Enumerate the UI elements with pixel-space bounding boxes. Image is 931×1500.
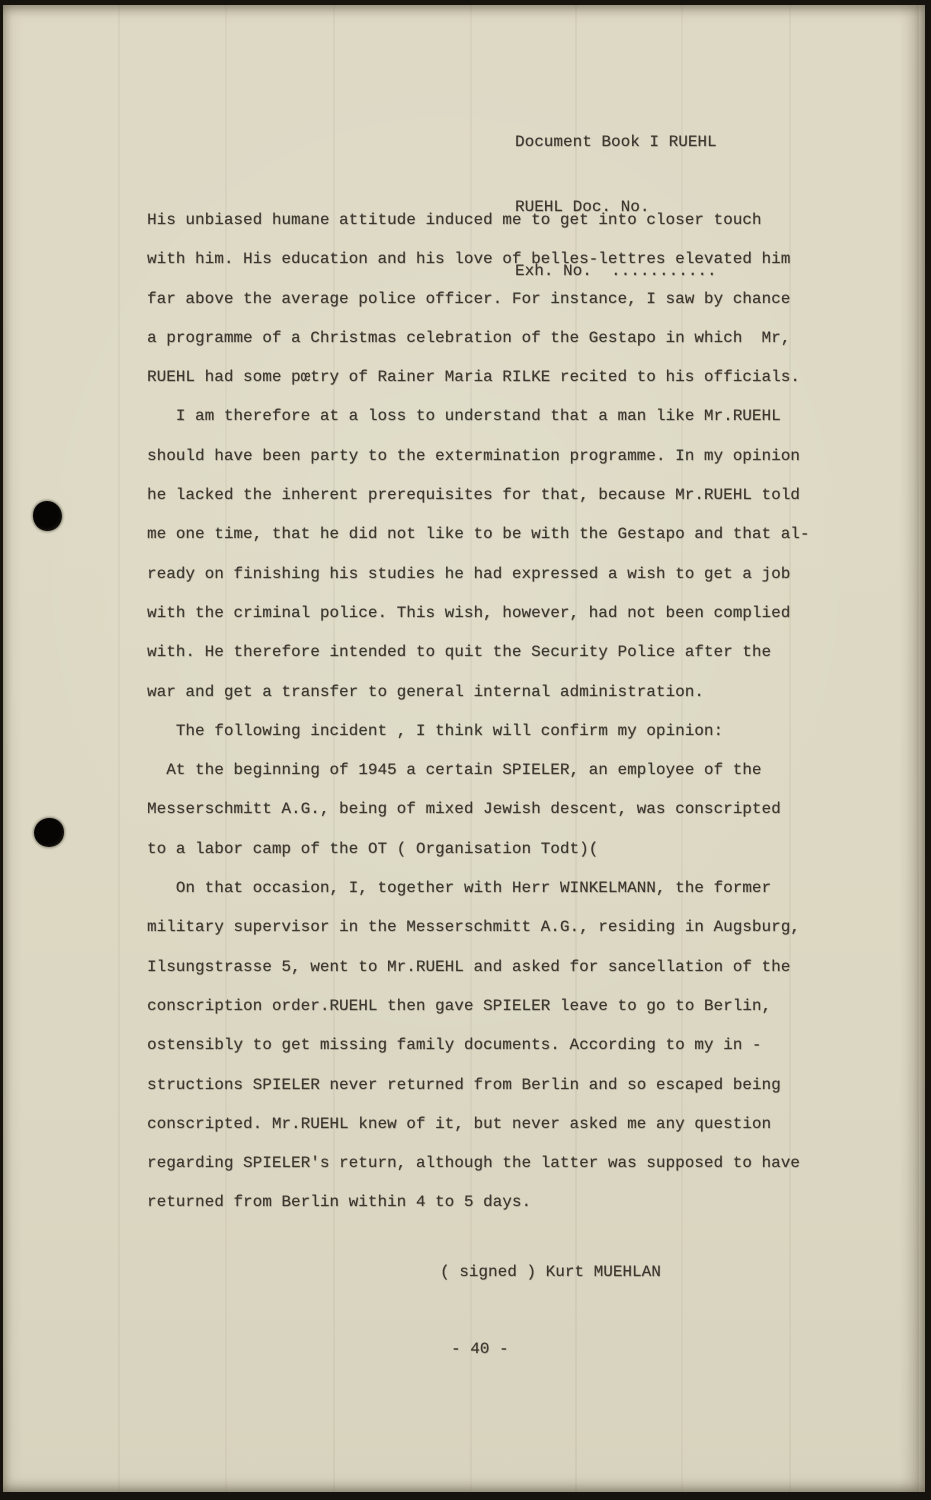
typewritten-line: military supervisor in the Messerschmitt… xyxy=(147,908,810,947)
typewritten-line: to a labor camp of the OT ( Organisation… xyxy=(147,830,810,869)
paper-fold-line xyxy=(118,5,120,1492)
typewritten-line: returned from Berlin within 4 to 5 days. xyxy=(147,1183,810,1222)
typewritten-line: a programme of a Christmas celebration o… xyxy=(147,319,810,358)
scanned-document: { "document": { "header": { "book_title"… xyxy=(0,0,931,1500)
typewritten-line: me one time, that he did not like to be … xyxy=(147,515,810,554)
punch-hole-bottom xyxy=(34,818,64,847)
typewritten-line: structions SPIELER never returned from B… xyxy=(147,1066,810,1105)
typewritten-line: On that occasion, I, together with Herr … xyxy=(147,869,810,908)
typewritten-line: ostensibly to get missing family documen… xyxy=(147,1026,810,1065)
paper-sheet: Document Book I RUEHL RUEHL Doc. No. Exh… xyxy=(3,5,925,1492)
typewritten-line: regarding SPIELER's return, although the… xyxy=(147,1144,810,1183)
typewritten-line: with the criminal police. This wish, how… xyxy=(147,594,810,633)
typewritten-line: RUEHL had some pœtry of Rainer Maria RIL… xyxy=(147,358,810,397)
signature-line: ( signed ) Kurt MUEHLAN xyxy=(440,1263,661,1281)
typewritten-line: I am therefore at a loss to understand t… xyxy=(147,397,810,436)
affidavit-body-text: His unbiased humane attitude induced me … xyxy=(147,201,810,1223)
page-number: - 40 - xyxy=(451,1340,509,1358)
typewritten-line: Ilsungstrasse 5, went to Mr.RUEHL and as… xyxy=(147,948,810,987)
typewritten-line: with. He therefore intended to quit the … xyxy=(147,633,810,672)
typewritten-line: At the beginning of 1945 a certain SPIEL… xyxy=(147,751,810,790)
typewritten-line: Messerschmitt A.G., being of mixed Jewis… xyxy=(147,790,810,829)
typewritten-line: should have been party to the exterminat… xyxy=(147,437,810,476)
paper-edge-shading xyxy=(899,5,919,1492)
punch-hole-top xyxy=(33,501,62,531)
typewritten-line: conscripted. Mr.RUEHL knew of it, but ne… xyxy=(147,1105,810,1144)
typewritten-line: ready on finishing his studies he had ex… xyxy=(147,555,810,594)
typewritten-line: conscription order.RUEHL then gave SPIEL… xyxy=(147,987,810,1026)
typewritten-line: His unbiased humane attitude induced me … xyxy=(147,201,810,240)
typewritten-line: far above the average police officer. Fo… xyxy=(147,280,810,319)
typewritten-line: war and get a transfer to general intern… xyxy=(147,673,810,712)
typewritten-line: he lacked the inherent prerequisites for… xyxy=(147,476,810,515)
header-book-title: Document Book I RUEHL xyxy=(515,132,717,154)
typewritten-line: The following incident , I think will co… xyxy=(147,712,810,751)
typewritten-line: with him. His education and his love of … xyxy=(147,240,810,279)
